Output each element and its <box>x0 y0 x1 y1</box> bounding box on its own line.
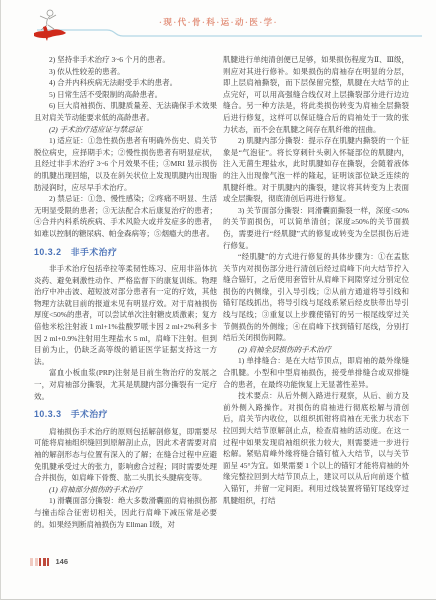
body-paragraph: 富血小板血浆(PRP)注射是目前生物治疗的发展之一，对肩袖部分撕裂，尤其是肌腱内… <box>34 367 217 402</box>
body-paragraph: 技术要点：从后外侧入路进行观察，从后、前方及前外侧入路操作。对损伤的肩袖进行彻底… <box>223 390 409 506</box>
page-number: 146 <box>56 557 69 566</box>
body-paragraph: 1) 适应证：①急性损伤患者有明确外伤史、肩关节脱位病史，应择期手术；②慢性损伤… <box>34 135 217 193</box>
page-marker-bar <box>43 558 46 566</box>
body-paragraph: “经肌腱”的方式进行修复的具体步骤为：①在盂肱关节内对损伤部分进行清创后经过肩峰… <box>223 251 409 344</box>
running-head-title: ·现·代·骨·科·运·动·医·学· <box>1 16 436 28</box>
page-marker-bar <box>39 558 41 566</box>
page-footer: 146 <box>30 557 68 566</box>
body-paragraph: 1) 滑囊面部分撕裂：绝大多数滑囊面的肩袖损伤都与撞击综合征密切相关，因此行肩峰… <box>34 495 217 530</box>
subsection-heading: (2) 肩袖全层损伤的手术治疗 <box>223 344 409 356</box>
section-heading: 10.3.3 手术治疗 <box>34 409 217 421</box>
body-paragraph: 3) 依从性较差的患者。 <box>34 66 217 78</box>
body-paragraph: 6) 巨大肩袖损伤、肌腱质量差、无法确保手术效果且对肩关节动能要求低的高龄患者。 <box>34 100 217 123</box>
body-paragraph: 5) 日常生活不受限制的高龄患者。 <box>34 89 217 101</box>
body-paragraph: 非手术治疗包括牵拉等柔韧性练习、应用非甾体抗炎药、避免刺激性动作、严格监督下的康… <box>34 263 217 367</box>
section-heading: 10.3.2 非手术治疗 <box>34 247 217 259</box>
body-paragraph: 4) 合并内科疾病无法耐受手术的患者。 <box>34 77 217 89</box>
body-paragraph: 2) 禁忌证：①急、慢性感染；②疼痛不明显、生活无明显受限的患者；③无法配合术后… <box>34 193 217 239</box>
body-paragraph: 肩袖损伤手术治疗的原则包括解剖修复，即需要尽可能将肩袖组织缝回到原解剖止点，因此… <box>34 426 217 484</box>
page-marker-bar <box>47 558 49 566</box>
book-page: ·现·代·骨·科·运·动·医·学· 2) 坚持非手术治疗 3~6 个月的患者。3… <box>0 0 436 600</box>
right-text-column: 肌腱进行单纯清创便已足够，如果损伤程度为Ⅱ、Ⅲ级，则应对其进行修补。如果损伤的肩… <box>223 54 409 506</box>
body-paragraph: 2) 坚持非手术治疗 3~6 个月的患者。 <box>34 54 217 66</box>
left-text-column: 2) 坚持非手术治疗 3~6 个月的患者。3) 依从性较差的患者。4) 合并内科… <box>34 54 217 530</box>
body-paragraph: 1) 单排缝合：是在大结节顶点，即肩袖的最外缘缝合肌腱。小型和中型肩袖损伤，接受… <box>223 355 409 390</box>
subsection-heading: (2) 手术治疗适应证与禁忌证 <box>34 124 217 136</box>
body-paragraph: 3) 关节面部分撕裂：同滑囊面撕裂一样，深度<50%的关节面损伤，可以简单清创；… <box>223 205 409 251</box>
body-paragraph: 2) 肌腱内部分撕裂：提示存在肌腱内撕裂的一个征象是“气泡征”。将长穿刺针头刺入… <box>223 135 409 205</box>
page-marker-bar <box>35 558 38 566</box>
subsection-heading: (1) 肩袖部分损伤的手术治疗 <box>34 484 217 496</box>
page-marker-bar <box>30 558 33 566</box>
body-paragraph: 肌腱进行单纯清创便已足够，如果损伤程度为Ⅱ、Ⅲ级，则应对其进行修补。如果损伤的肩… <box>223 54 409 135</box>
